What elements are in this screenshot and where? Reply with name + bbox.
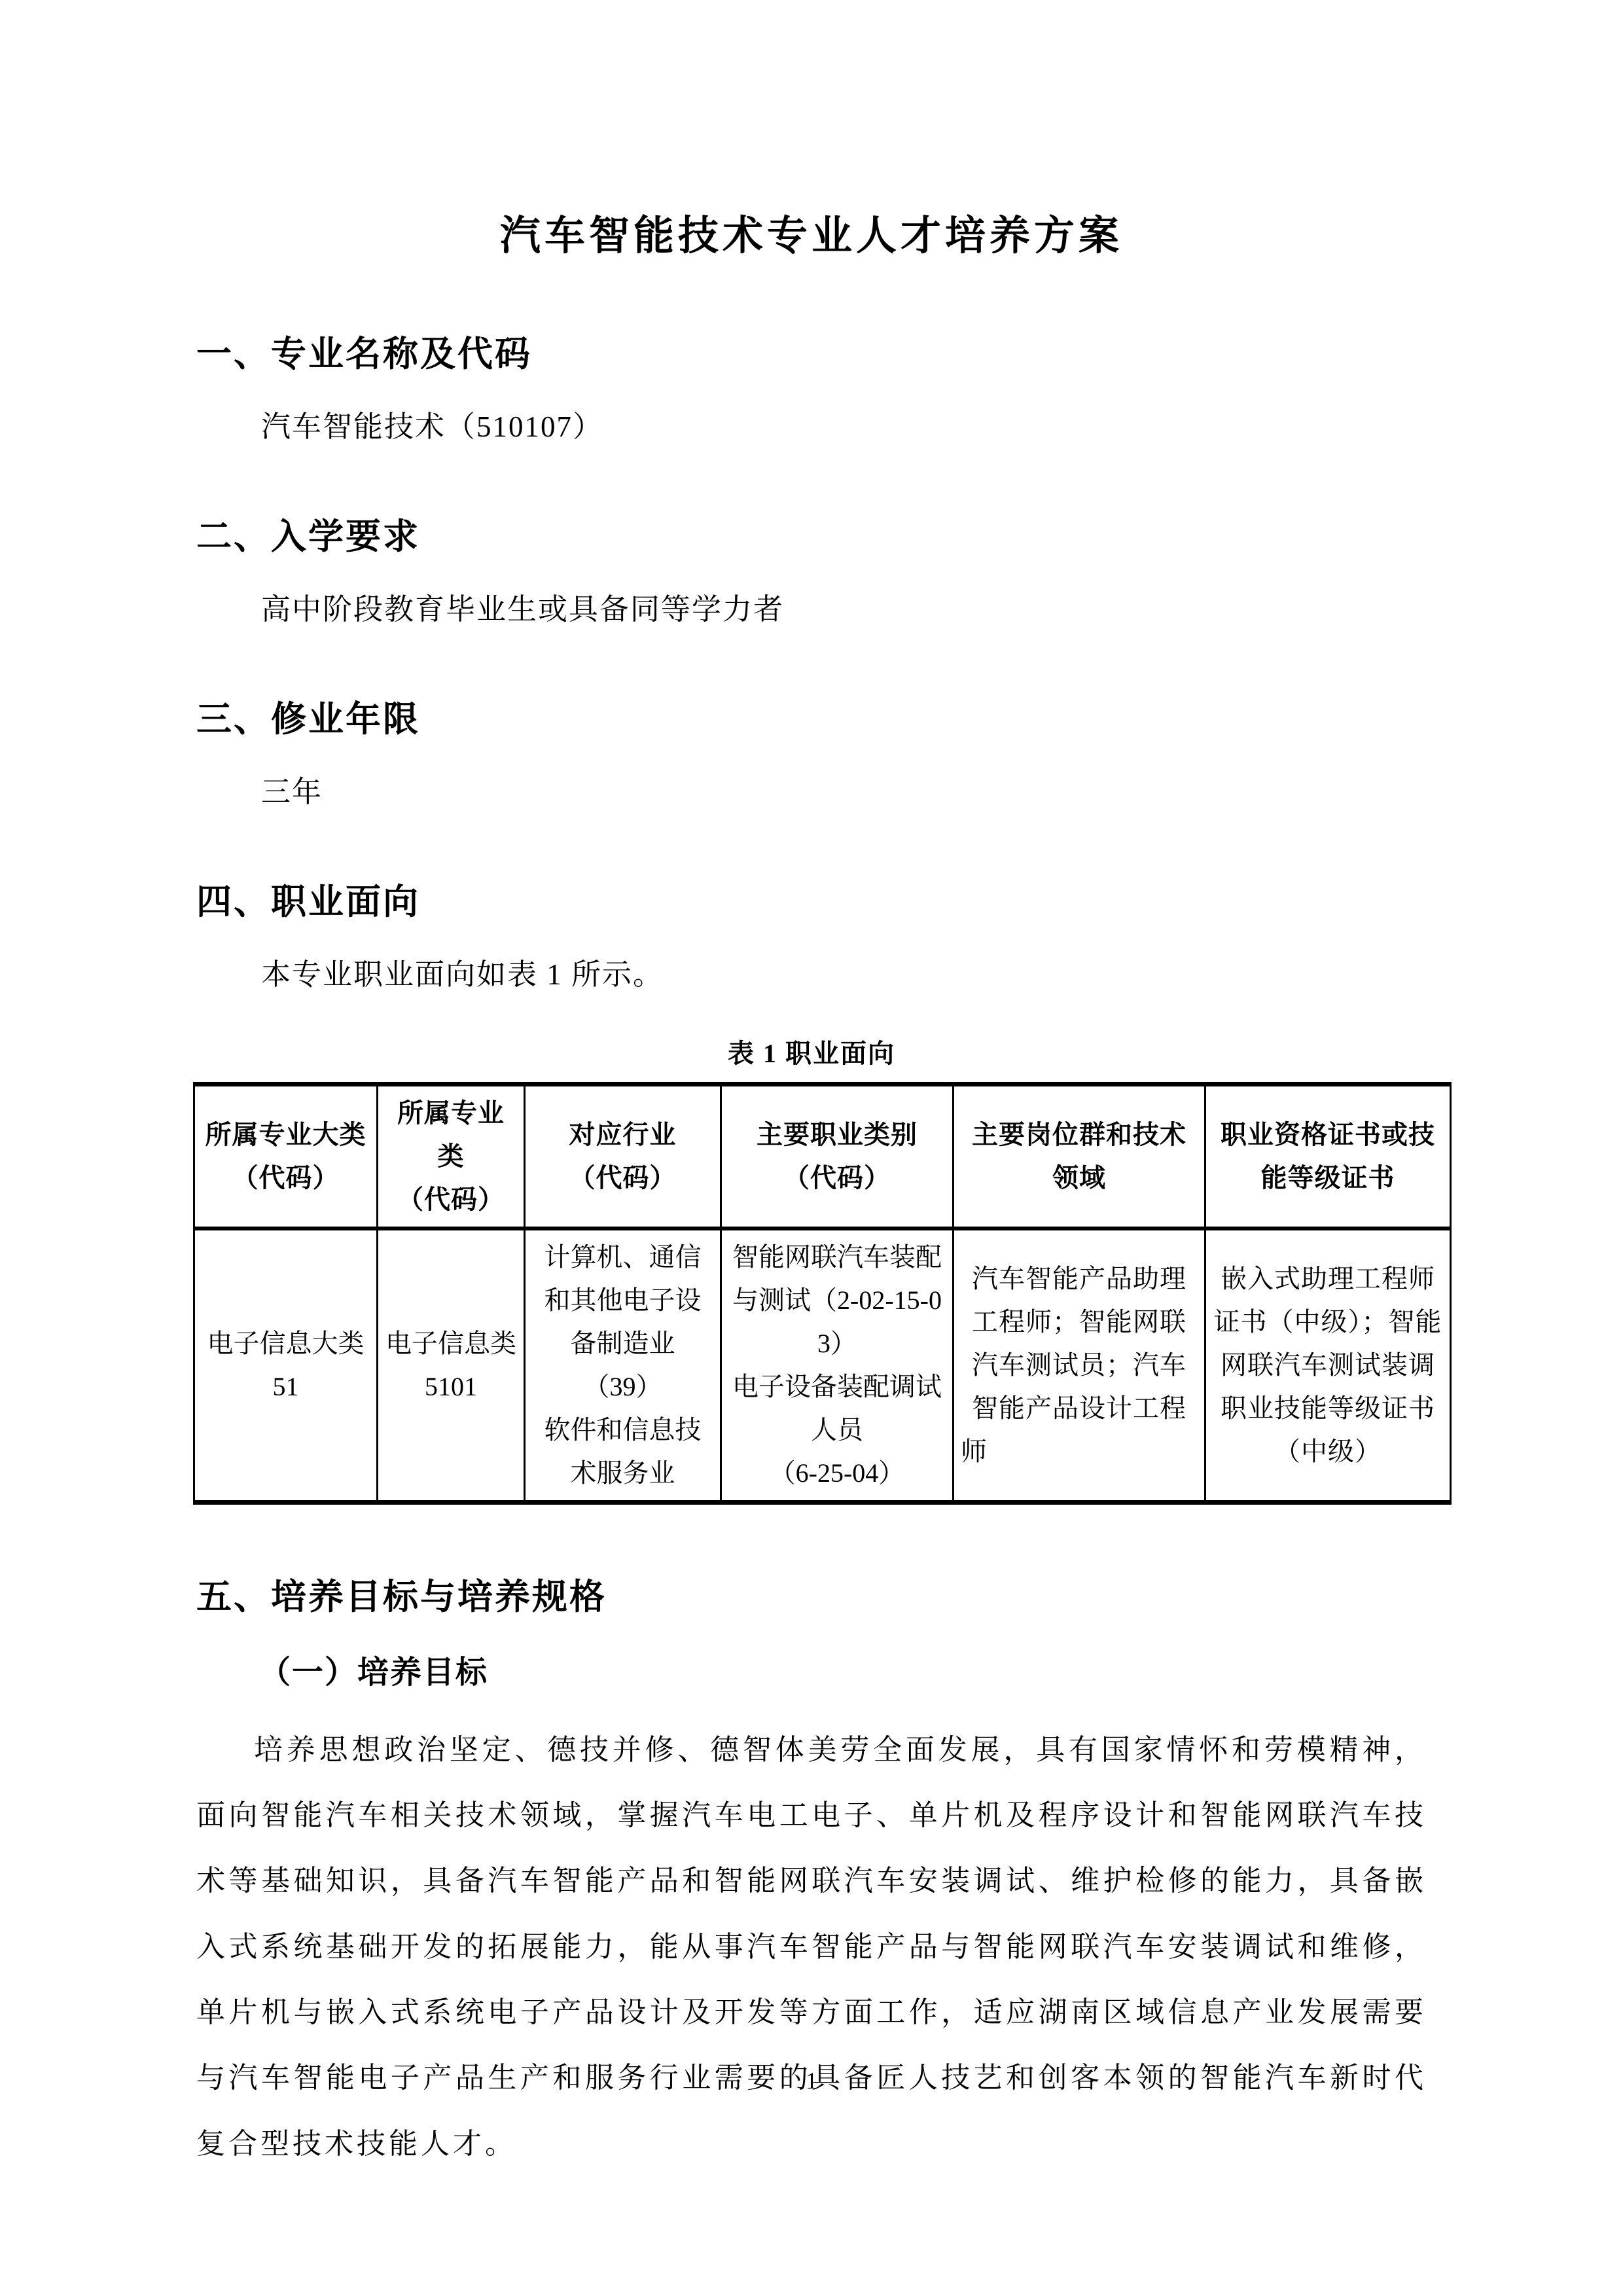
section-5-subheading: （一）培养目标 bbox=[196, 1655, 1427, 1691]
section-1: 一、专业名称及代码 汽车智能技术（510107） bbox=[196, 335, 1427, 444]
section-2: 二、入学要求 高中阶段教育毕业生或具备同等学力者 bbox=[196, 518, 1427, 627]
header-major-class: 所属专业类 （代码） bbox=[378, 1085, 525, 1229]
section-5-heading: 五、培养目标与培养规格 bbox=[196, 1578, 1427, 1617]
cell-major-class: 电子信息类 5101 bbox=[378, 1229, 525, 1503]
header-industry: 对应行业 （代码） bbox=[525, 1085, 721, 1229]
section-3-body: 三年 bbox=[196, 776, 1427, 810]
cell-industry: 计算机、通信和其他电子设备制造业 （39） 软件和信息技术服务业 bbox=[525, 1229, 721, 1503]
header-major-category: 所属专业大类 （代码） bbox=[194, 1085, 378, 1229]
section-1-heading: 一、专业名称及代码 bbox=[196, 335, 1427, 374]
cell-post-group: 汽车智能产品助理工程师；智能网联汽车测试员；汽车智能产品设计工程师 bbox=[954, 1229, 1205, 1503]
section-3-heading: 三、修业年限 bbox=[196, 700, 1427, 739]
section-4: 四、职业面向 本专业职业面向如表 1 所示。 bbox=[196, 883, 1427, 992]
section-4-heading: 四、职业面向 bbox=[196, 883, 1427, 922]
training-objective-paragraph: 培养思想政治坚定、德技并修、德智体美劳全面发展，具有国家情怀和劳模精神，面向智能… bbox=[196, 1717, 1427, 2177]
section-3: 三、修业年限 三年 bbox=[196, 700, 1427, 810]
document-page: 汽车智能技术专业人才培养方案 一、专业名称及代码 汽车智能技术（510107） … bbox=[0, 0, 1623, 2296]
career-table-header-row: 所属专业大类 （代码） 所属专业类 （代码） 对应行业 （代码） 主要职业类别 … bbox=[194, 1085, 1451, 1229]
section-2-heading: 二、入学要求 bbox=[196, 518, 1427, 556]
document-title: 汽车智能技术专业人才培养方案 bbox=[196, 211, 1427, 262]
career-orientation-table: 所属专业大类 （代码） 所属专业类 （代码） 对应行业 （代码） 主要职业类别 … bbox=[193, 1082, 1452, 1505]
header-occupation-category: 主要职业类别 （代码） bbox=[721, 1085, 954, 1229]
section-1-body: 汽车智能技术（510107） bbox=[196, 410, 1427, 444]
section-4-body: 本专业职业面向如表 1 所示。 bbox=[196, 958, 1427, 992]
cell-certificates: 嵌入式助理工程师证书（中级）；智能网联汽车测试装调职业技能等级证书（中级） bbox=[1205, 1229, 1451, 1503]
section-2-body: 高中阶段教育毕业生或具备同等学力者 bbox=[196, 593, 1427, 627]
page-number: 1 bbox=[0, 2067, 1623, 2094]
table-caption: 表 1 职业面向 bbox=[196, 1033, 1427, 1070]
career-table-body: 电子信息大类 51 电子信息类 5101 计算机、通信和其他电子设备制造业 （3… bbox=[194, 1229, 1451, 1503]
header-certificates: 职业资格证书或技 能等级证书 bbox=[1205, 1085, 1451, 1229]
cell-occupation-category: 智能网联汽车装配与测试（2-02-15-03） 电子设备装配调试人员 （6-25… bbox=[721, 1229, 954, 1503]
career-table-row: 电子信息大类 51 电子信息类 5101 计算机、通信和其他电子设备制造业 （3… bbox=[194, 1229, 1451, 1503]
header-post-group: 主要岗位群和技术 领域 bbox=[954, 1085, 1205, 1229]
cell-major-category: 电子信息大类 51 bbox=[194, 1229, 378, 1503]
